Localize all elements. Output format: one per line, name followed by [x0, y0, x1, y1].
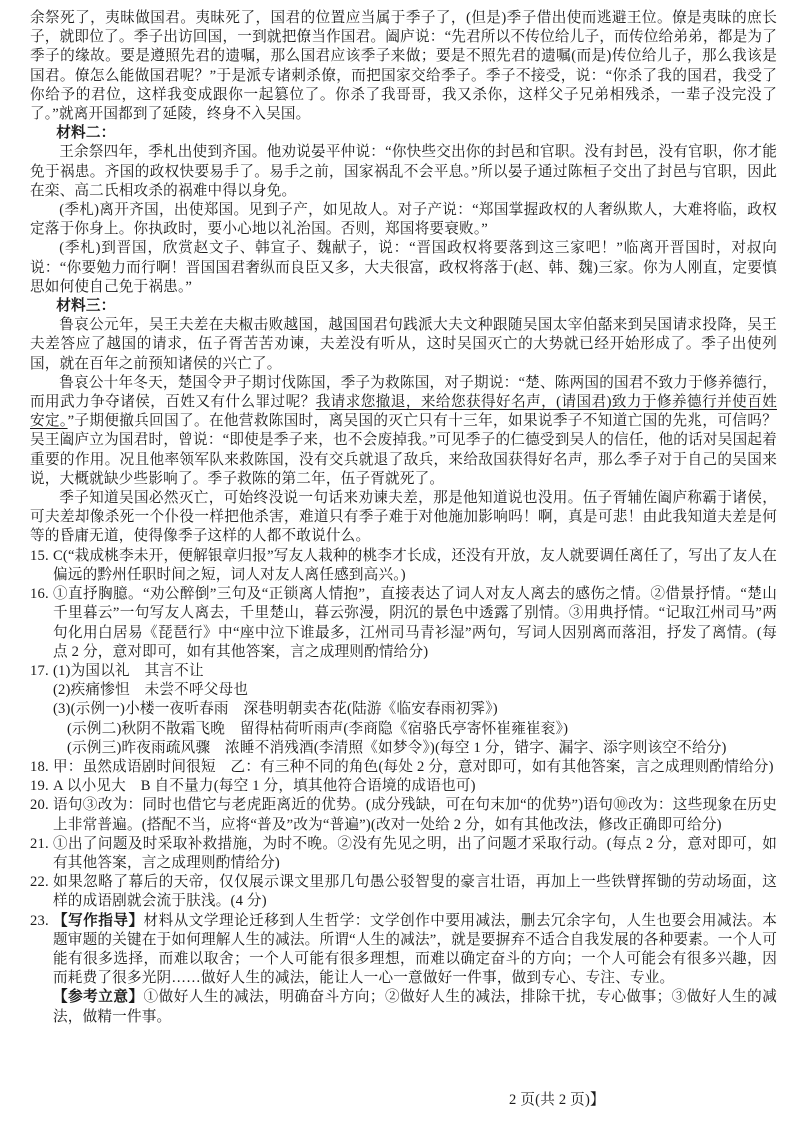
answer-number: 21. — [30, 835, 53, 873]
bold-label: 材料三： — [56, 298, 115, 314]
text-run: (季札)到晋国，欣赏赵文子、韩宣子、魏献子，说：“晋国政权将要落到这三家吧！”临… — [30, 240, 777, 294]
answer-number: 16. — [30, 585, 53, 662]
answer-item-20: 20.语句③改为：同时也借它与老虎距离近的优势。(成分残缺，可在句末加“的优势”… — [30, 796, 777, 834]
text-run: 如果忽略了幕后的天帝，仅仅展示课文里那几句愚公驳智叟的豪言壮语，再加上一些铁臂挥… — [53, 874, 777, 909]
answer-line: 语句③改为：同时也借它与老虎距离近的优势。(成分残缺，可在句末加“的优势”)语句… — [53, 796, 777, 834]
bold-label: 【参考立意】 — [53, 989, 144, 1005]
answer-line: A 以小见大 B 自不量力(每空 1 分，填其他符合语境的成语也可) — [53, 777, 777, 796]
answer-body: 语句③改为：同时也借它与老虎距离近的优势。(成分残缺，可在句末加“的优势”)语句… — [53, 796, 777, 834]
answer-body: (1)为国以礼 其言不让(2)疾痛惨怛 未尝不呼父母也(3)(示例一)小楼一夜听… — [53, 662, 777, 758]
answer-item-21: 21.①出了问题及时采取补救措施，为时不晚。②没有先见之明，出了问题才采取行动。… — [30, 835, 777, 873]
answer-line: ①直抒胸臆。“劝公醉倒”三句及“正锁离人情抱”，直接表达了词人对友人离去的感伤之… — [53, 585, 777, 662]
material-paragraph: (季札)离开齐国，出使郑国。见到子产，如见故人。对子产说：“郑国掌握政权的人奢纵… — [30, 201, 777, 239]
materials-section: 余祭死了，夷昧做国君。夷昧死了，国君的位置应当属于季子了，(但是)季子借出使而逃… — [30, 9, 777, 547]
text-run: (3)(示例一)小楼一夜听春雨 深巷明朝卖杏花(陆游《临安春雨初霁》) — [53, 701, 498, 717]
text-run: 余祭死了，夷昧做国君。夷昧死了，国君的位置应当属于季子了，(但是)季子借出使而逃… — [30, 10, 777, 122]
material-heading: 材料三： — [30, 297, 777, 316]
material-paragraph: 余祭死了，夷昧做国君。夷昧死了，国君的位置应当属于季子了，(但是)季子借出使而逃… — [30, 9, 777, 124]
answer-number: 18. — [30, 758, 53, 777]
answer-number: 20. — [30, 796, 53, 834]
text-run: A 以小见大 B 自不量力(每空 1 分，填其他符合语境的成语也可) — [53, 778, 476, 794]
material-paragraph: 王余祭四年，季札出使到齐国。他劝说晏平仲说：“你快些交出你的封邑和官职。没有封邑… — [30, 143, 777, 201]
material-heading: 材料二： — [30, 124, 777, 143]
text-run: C(“栽成桃李未开，便解银章归报”写友人栽种的桃李才长成，还没有开放，友人就要调… — [53, 548, 777, 583]
answer-body: A 以小见大 B 自不量力(每空 1 分，填其他符合语境的成语也可) — [53, 777, 777, 796]
text-run: 语句③改为：同时也借它与老虎距离近的优势。(成分残缺，可在句末加“的优势”)语句… — [53, 797, 777, 832]
text-run: 鲁哀公元年，吴王夫差在夫椒击败越国，越国国君句践派大夫文种跟随吴国太宰伯嚭来到吴… — [30, 317, 777, 371]
material-paragraph: (季札)到晋国，欣赏赵文子、韩宣子、魏献子，说：“晋国政权将要落到这三家吧！”临… — [30, 239, 777, 297]
answer-item-19: 19.A 以小见大 B 自不量力(每空 1 分，填其他符合语境的成语也可) — [30, 777, 777, 796]
text-run: 甲：虽然成语剧时间很短 乙：有三种不同的角色(每处 2 分，意对即可，如有其他答… — [53, 759, 774, 775]
answer-body: 甲：虽然成语剧时间很短 乙：有三种不同的角色(每处 2 分，意对即可，如有其他答… — [53, 758, 777, 777]
text-run: ①做好人生的减法，明确奋斗方向；②做好人生的减法，排除干扰，专心做事；③做好人生… — [53, 989, 777, 1024]
text-run: 材料从文学理论迁移到人生哲学：文学创作中要用减法，删去冗余字句，人生也要会用减法… — [53, 913, 777, 987]
answer-line: 如果忽略了幕后的天帝，仅仅展示课文里那几句愚公驳智叟的豪言壮语，再加上一些铁臂挥… — [53, 873, 777, 911]
answer-item-23: 23.【写作指导】材料从文学理论迁移到人生哲学：文学创作中要用减法，删去冗余字句… — [30, 912, 777, 1027]
answer-body: C(“栽成桃李未开，便解银章归报”写友人栽种的桃李才长成，还没有开放，友人就要调… — [53, 547, 777, 585]
material-paragraph: 鲁哀公十年冬天，楚国令尹子期讨伐陈国，季子为救陈国，对子期说：“楚、陈两国的国君… — [30, 374, 777, 489]
answer-item-17: 17.(1)为国以礼 其言不让(2)疾痛惨怛 未尝不呼父母也(3)(示例一)小楼… — [30, 662, 777, 758]
answer-item-18: 18.甲：虽然成语剧时间很短 乙：有三种不同的角色(每处 2 分，意对即可，如有… — [30, 758, 777, 777]
text-run: 王余祭四年，季札出使到齐国。他劝说晏平仲说：“你快些交出你的封邑和官职。没有封邑… — [30, 144, 777, 198]
answer-line: ①出了问题及时采取补救措施，为时不晚。②没有先见之明，出了问题才采取行动。(每点… — [53, 835, 777, 873]
text-run: (1)为国以礼 其言不让 — [53, 663, 204, 679]
text-run: (示例二)秋阴不散霜飞晚 留得枯荷听雨声(李商隐《宿骆氏亭寄怀崔雍崔衮》) — [67, 721, 568, 737]
text-run: ①出了问题及时采取补救措施，为时不晚。②没有先见之明，出了问题才采取行动。(每点… — [53, 836, 777, 871]
answer-line: (2)疾痛惨怛 未尝不呼父母也 — [53, 681, 777, 700]
answer-body: ①出了问题及时采取补救措施，为时不晚。②没有先见之明，出了问题才采取行动。(每点… — [53, 835, 777, 873]
bold-label: 材料二： — [56, 125, 115, 141]
text-run: (示例三)昨夜雨疏风骤 浓睡不消残酒(李清照《如梦令》)(每空 1 分，错字、漏… — [67, 740, 727, 756]
answer-item-22: 22.如果忽略了幕后的天帝，仅仅展示课文里那几句愚公驳智叟的豪言壮语，再加上一些… — [30, 873, 777, 911]
answers-section: 15.C(“栽成桃李未开，便解银章归报”写友人栽种的桃李才长成，还没有开放，友人… — [30, 547, 777, 1027]
answer-line: (1)为国以礼 其言不让 — [53, 662, 777, 681]
answer-line: (3)(示例一)小楼一夜听春雨 深巷明朝卖杏花(陆游《临安春雨初霁》) — [53, 700, 777, 719]
answer-number: 15. — [30, 547, 53, 585]
answer-line: 【写作指导】材料从文学理论迁移到人生哲学：文学创作中要用减法，删去冗余字句，人生… — [53, 912, 777, 989]
text-run: (2)疾痛惨怛 未尝不呼父母也 — [53, 682, 248, 698]
answer-item-16: 16.①直抒胸臆。“劝公醉倒”三句及“正锁离人情抱”，直接表达了词人对友人离去的… — [30, 585, 777, 662]
answer-line: 甲：虽然成语剧时间很短 乙：有三种不同的角色(每处 2 分，意对即可，如有其他答… — [53, 758, 777, 777]
content-area: 余祭死了，夷昧做国君。夷昧死了，国君的位置应当属于季子了，(但是)季子借出使而逃… — [30, 9, 777, 1027]
answer-item-15: 15.C(“栽成桃李未开，便解银章归报”写友人栽种的桃李才长成，还没有开放，友人… — [30, 547, 777, 585]
text-run: 季子知道吴国必然灭亡，可始终没说一句话来劝谏夫差，那是他知道说也没用。伍子胥辅佐… — [30, 490, 777, 544]
answer-number: 19. — [30, 777, 53, 796]
answer-line: (示例三)昨夜雨疏风骤 浓睡不消残酒(李清照《如梦令》)(每空 1 分，错字、漏… — [53, 739, 777, 758]
text-run: ①直抒胸臆。“劝公醉倒”三句及“正锁离人情抱”，直接表达了词人对友人离去的感伤之… — [53, 586, 777, 660]
material-paragraph: 鲁哀公元年，吴王夫差在夫椒击败越国，越国国君句践派大夫文种跟随吴国太宰伯嚭来到吴… — [30, 316, 777, 374]
answer-body: ①直抒胸臆。“劝公醉倒”三句及“正锁离人情抱”，直接表达了词人对友人离去的感伤之… — [53, 585, 777, 662]
answer-body: 如果忽略了幕后的天帝，仅仅展示课文里那几句愚公驳智叟的豪言壮语，再加上一些铁臂挥… — [53, 873, 777, 911]
answer-body: 【写作指导】材料从文学理论迁移到人生哲学：文学创作中要用减法，删去冗余字句，人生… — [53, 912, 777, 1027]
answer-line: 【参考立意】①做好人生的减法，明确奋斗方向；②做好人生的减法，排除干扰，专心做事… — [53, 988, 777, 1026]
answer-number: 23. — [30, 912, 53, 1027]
answer-number: 17. — [30, 662, 53, 758]
text-run: ”子期便撤兵回国了。在他营救陈国时，离吴国的灭亡只有十三年，如果说季子不知道亡国… — [30, 413, 777, 487]
answer-line: (示例二)秋阴不散霜飞晚 留得枯荷听雨声(李商隐《宿骆氏亭寄怀崔雍崔衮》) — [53, 720, 777, 739]
answer-number: 22. — [30, 873, 53, 911]
text-run: (季札)离开齐国，出使郑国。见到子产，如见故人。对子产说：“郑国掌握政权的人奢纵… — [30, 202, 777, 237]
exam-answer-page: 余祭死了，夷昧做国君。夷昧死了，国君的位置应当属于季子了，(但是)季子借出使而逃… — [0, 0, 800, 1124]
material-paragraph: 季子知道吴国必然灭亡，可始终没说一句话来劝谏夫差，那是他知道说也没用。伍子胥辅佐… — [30, 489, 777, 547]
page-number: 2 页(共 2 页)】 — [509, 1088, 605, 1109]
answer-line: C(“栽成桃李未开，便解银章归报”写友人栽种的桃李才长成，还没有开放，友人就要调… — [53, 547, 777, 585]
bold-label: 【写作指导】 — [53, 913, 144, 929]
